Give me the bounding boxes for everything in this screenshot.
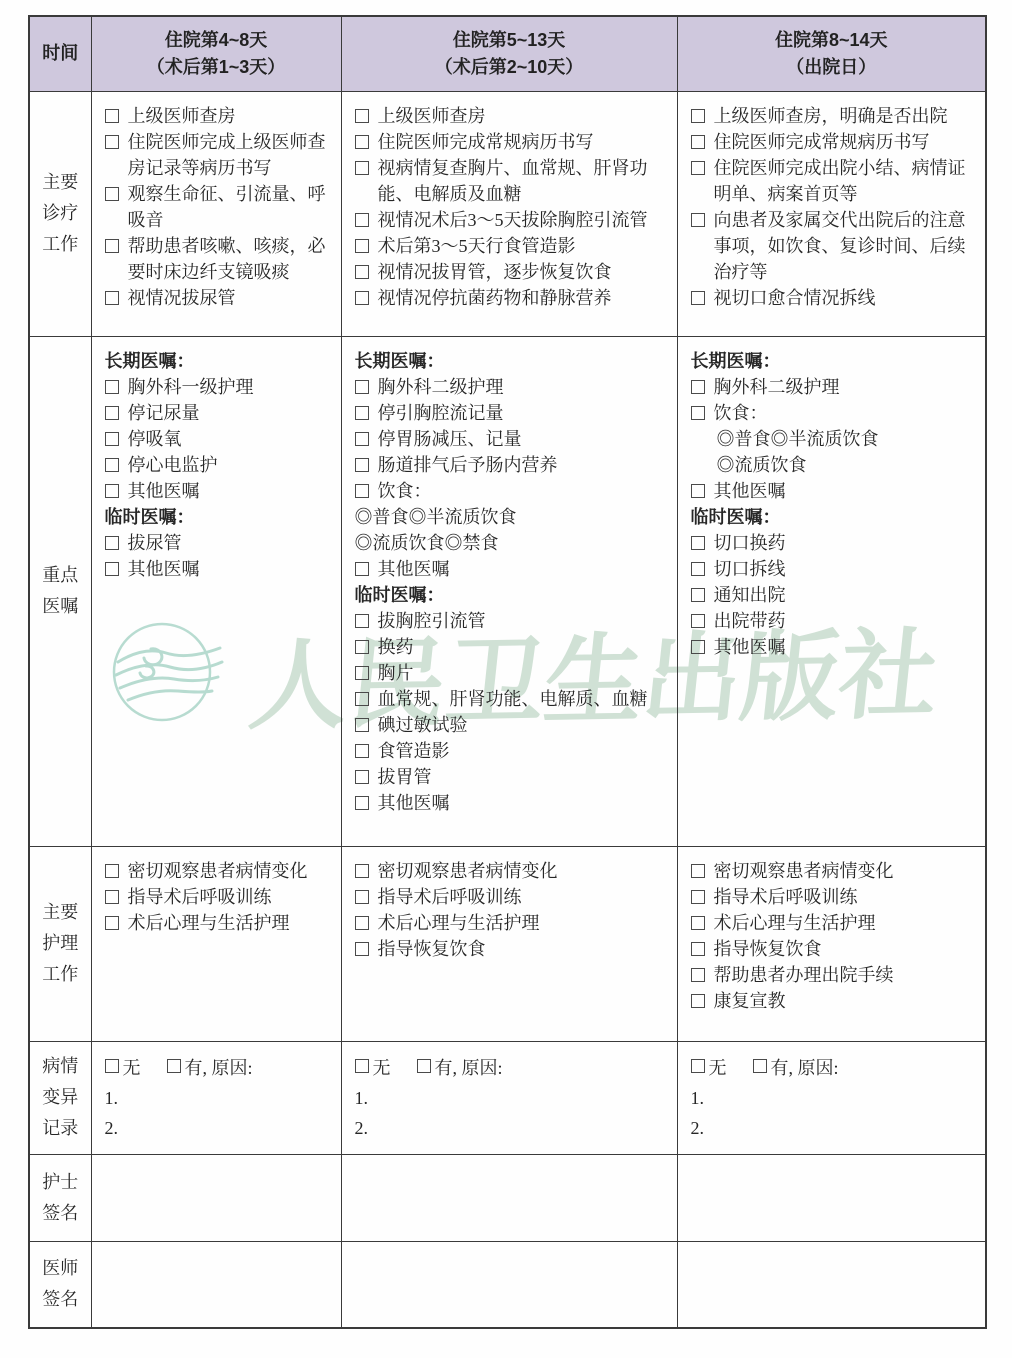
checkbox-icon[interactable] [105, 484, 119, 498]
checkbox-icon[interactable] [691, 994, 705, 1008]
checkbox-item: 拔胸腔引流管 [355, 608, 669, 634]
text-line: 2. [105, 1113, 333, 1143]
item-label: 其他医嘱 [378, 556, 450, 582]
item-label: 指导术后呼吸训练 [714, 884, 858, 910]
checkbox-icon[interactable] [355, 458, 369, 472]
nurse-signature-field-col1[interactable] [91, 1154, 341, 1241]
row-main-nursing: 主要 护理 工作 密切观察患者病情变化指导术后呼吸训练术后心理与生活护理 密切观… [29, 846, 986, 1041]
item-label: 切口换药 [714, 530, 786, 556]
checkbox-icon[interactable] [355, 692, 369, 706]
checkbox-item: 其他医嘱 [355, 556, 669, 582]
checkbox-item: 血常规、肝肾功能、电解质、血糖 [355, 686, 669, 712]
checkbox-item: 视情况术后3～5天拔除胸腔引流管 [355, 207, 669, 233]
doctor-signature-field-col3[interactable] [677, 1241, 986, 1328]
checkbox-item: 密切观察患者病情变化 [105, 858, 333, 884]
checkbox-icon[interactable] [105, 380, 119, 394]
checkbox-item: 住院医师完成常规病历书写 [355, 129, 669, 155]
row-main-treatment: 主要 诊疗 工作 上级医师查房住院医师完成上级医师查房记录等病历书写观察生命征、… [29, 91, 986, 336]
checkbox-item: 食管造影 [355, 738, 669, 764]
checkbox-icon[interactable] [355, 562, 369, 576]
item-label: 指导术后呼吸训练 [128, 884, 272, 910]
row-label-variation-record: 病情 变异 记录 [29, 1041, 91, 1154]
cell-variation-col2: 无有, 原因:1.2. [341, 1041, 677, 1154]
item-label: 其他医嘱 [714, 478, 786, 504]
checkbox-icon[interactable] [105, 562, 119, 576]
checkbox-item: 视情况停抗菌药物和静脉营养 [355, 285, 669, 311]
checkbox-item: 无有, 原因: [691, 1053, 978, 1083]
item-label: 停胃肠减压、记量 [378, 426, 522, 452]
checkbox-item: 指导术后呼吸训练 [355, 884, 669, 910]
item-label: 其他医嘱 [128, 478, 200, 504]
row-label-main-nursing: 主要 护理 工作 [29, 846, 91, 1041]
item-label: 术后第3～5天行食管造影 [378, 233, 576, 259]
checkbox-icon[interactable] [691, 890, 705, 904]
checkbox-icon[interactable] [355, 614, 369, 628]
orders-group-heading: 长期医嘱： [691, 348, 978, 374]
text-line: 2. [691, 1113, 978, 1143]
checkbox-icon[interactable] [691, 640, 705, 654]
checkbox-icon[interactable] [105, 536, 119, 550]
checkbox-item: 康复宣教 [691, 988, 978, 1014]
item-label: 拔胸腔引流管 [378, 608, 486, 634]
checkbox-item: 其他医嘱 [105, 556, 333, 582]
checkbox-icon[interactable] [753, 1059, 767, 1073]
item-label: 肠道排气后予肠内营养 [378, 452, 558, 478]
text-line: ◎流质饮食 [691, 452, 978, 478]
checkbox-item: 上级医师查房 [355, 103, 669, 129]
checkbox-icon[interactable] [691, 380, 705, 394]
checkbox-icon[interactable] [105, 432, 119, 446]
cell-treatment-col1: 上级医师查房住院医师完成上级医师查房记录等病历书写观察生命征、引流量、呼吸音帮助… [91, 91, 341, 336]
cell-treatment-col2: 上级医师查房住院医师完成常规病历书写视病情复查胸片、血常规、肝肾功能、电解质及血… [341, 91, 677, 336]
checkbox-item: 饮食： [355, 478, 669, 504]
item-label: ◎流质饮食◎禁食 [355, 530, 499, 556]
cell-nursing-col2: 密切观察患者病情变化指导术后呼吸训练术后心理与生活护理指导恢复饮食 [341, 846, 677, 1041]
item-label: 停心电监护 [128, 452, 218, 478]
item-label: 观察生命征、引流量、呼吸音 [128, 181, 333, 233]
item-label: 换药 [378, 634, 414, 660]
orders-group-heading: 长期医嘱： [355, 348, 669, 374]
checkbox-icon[interactable] [691, 942, 705, 956]
checkbox-item: 通知出院 [691, 582, 978, 608]
checkbox-item: 指导恢复饮食 [355, 936, 669, 962]
checkbox-icon[interactable] [355, 213, 369, 227]
item-label: 其他医嘱 [128, 556, 200, 582]
checkbox-icon[interactable] [105, 864, 119, 878]
item-label: 长期医嘱： [355, 348, 445, 374]
checkbox-item: 上级医师查房 [105, 103, 333, 129]
cell-variation-col3: 无有, 原因:1.2. [677, 1041, 986, 1154]
item-label: 指导恢复饮食 [714, 936, 822, 962]
row-key-orders: 重点 医嘱 长期医嘱：胸外科一级护理停记尿量停吸氧停心电监护其他医嘱临时医嘱：拔… [29, 336, 986, 846]
item-label: 术后心理与生活护理 [714, 910, 876, 936]
checkbox-icon[interactable] [691, 1059, 705, 1073]
checkbox-icon[interactable] [105, 890, 119, 904]
checkbox-icon[interactable] [691, 536, 705, 550]
item-label: 住院医师完成常规病历书写 [378, 129, 594, 155]
checkbox-icon[interactable] [105, 187, 119, 201]
text-line: 1. [355, 1083, 669, 1113]
item-label: 其他医嘱 [378, 790, 450, 816]
item-label: 有, 原因: [435, 1053, 503, 1083]
table-header-row: 时间 住院第4~8天 （术后第1~3天） 住院第5~13天 （术后第2~10天）… [29, 16, 986, 91]
cell-orders-col2: 长期医嘱：胸外科二级护理停引胸腔流记量停胃肠减压、记量肠道排气后予肠内营养饮食：… [341, 336, 677, 846]
checkbox-item: 切口换药 [691, 530, 978, 556]
item-label: 食管造影 [378, 738, 450, 764]
checkbox-icon[interactable] [691, 484, 705, 498]
item-label: 无 [123, 1053, 141, 1083]
item-label: 上级医师查房，明确是否出院 [714, 103, 948, 129]
item-label: 住院医师完成上级医师查房记录等病历书写 [128, 129, 333, 181]
checkbox-item: 其他医嘱 [691, 478, 978, 504]
item-label: 住院医师完成常规病历书写 [714, 129, 930, 155]
item-label: ◎流质饮食 [717, 452, 807, 478]
checkbox-item: 指导恢复饮食 [691, 936, 978, 962]
item-label: 临时医嘱： [691, 504, 781, 530]
checkbox-item: 停心电监护 [105, 452, 333, 478]
checkbox-item: 帮助患者办理出院手续 [691, 962, 978, 988]
checkbox-item: 住院医师完成出院小结、病情证明单、病案首页等 [691, 155, 978, 207]
item-label: 2. [691, 1113, 705, 1143]
checkbox-item: 其他医嘱 [355, 790, 669, 816]
checkbox-icon[interactable] [355, 432, 369, 446]
checkbox-icon[interactable] [355, 796, 369, 810]
clinical-pathway-page: 人民卫生出版社 时间 住院第4~8天 （术后第1~3天） 住院第5~13天 （术… [0, 0, 1012, 1358]
checkbox-icon[interactable] [691, 588, 705, 602]
item-label: 2. [105, 1113, 119, 1143]
text-line: 1. [691, 1083, 978, 1113]
item-label: 拔尿管 [128, 530, 182, 556]
item-label: 有, 原因: [185, 1053, 253, 1083]
checkbox-icon[interactable] [105, 109, 119, 123]
checkbox-item: 密切观察患者病情变化 [691, 858, 978, 884]
checkbox-icon[interactable] [691, 291, 705, 305]
checkbox-icon[interactable] [355, 239, 369, 253]
checkbox-item: 术后心理与生活护理 [691, 910, 978, 936]
checkbox-item: 停记尿量 [105, 400, 333, 426]
checkbox-icon[interactable] [105, 406, 119, 420]
checkbox-icon[interactable] [355, 864, 369, 878]
checkbox-icon[interactable] [355, 265, 369, 279]
checkbox-item: 胸外科二级护理 [355, 374, 669, 400]
item-label: 术后心理与生活护理 [378, 910, 540, 936]
item-label: 2. [355, 1113, 369, 1143]
item-label: 视情况拔胃管，逐步恢复饮食 [378, 259, 612, 285]
item-label: 碘过敏试验 [378, 712, 468, 738]
item-label: 胸片 [378, 660, 414, 686]
checkbox-item: 帮助患者咳嗽、咳痰，必要时床边纤支镜吸痰 [105, 233, 333, 285]
checkbox-item: 术后心理与生活护理 [355, 910, 669, 936]
cell-treatment-col3: 上级医师查房，明确是否出院住院医师完成常规病历书写住院医师完成出院小结、病情证明… [677, 91, 986, 336]
item-label: 密切观察患者病情变化 [714, 858, 894, 884]
item-label: 1. [105, 1083, 119, 1113]
row-label-key-orders: 重点 医嘱 [29, 336, 91, 846]
checkbox-icon[interactable] [355, 718, 369, 732]
item-label: 视切口愈合情况拆线 [714, 285, 876, 311]
checkbox-icon[interactable] [691, 135, 705, 149]
orders-group-heading: 临时医嘱： [105, 504, 333, 530]
checkbox-icon[interactable] [355, 291, 369, 305]
item-label: 其他医嘱 [714, 634, 786, 660]
checkbox-item: 视病情复查胸片、血常规、肝肾功能、电解质及血糖 [355, 155, 669, 207]
checkbox-item: 住院医师完成常规病历书写 [691, 129, 978, 155]
item-label: 临时医嘱： [105, 504, 195, 530]
checkbox-item: 术后心理与生活护理 [105, 910, 333, 936]
checkbox-item: 停吸氧 [105, 426, 333, 452]
checkbox-icon[interactable] [105, 1059, 119, 1073]
item-label: 帮助患者办理出院手续 [714, 962, 894, 988]
checkbox-item: 无有, 原因: [355, 1053, 669, 1083]
item-label: 长期医嘱： [105, 348, 195, 374]
nurse-signature-field-col2[interactable] [341, 1154, 677, 1241]
checkbox-icon[interactable] [355, 406, 369, 420]
orders-group-heading: 长期医嘱： [105, 348, 333, 374]
item-label: ◎普食◎半流质饮食 [355, 504, 517, 530]
item-label: 指导恢复饮食 [378, 936, 486, 962]
checkbox-item: 切口拆线 [691, 556, 978, 582]
item-label: 1. [691, 1083, 705, 1113]
checkbox-icon[interactable] [355, 942, 369, 956]
header-col-day5-13: 住院第5~13天 （术后第2~10天） [341, 16, 677, 91]
cell-variation-col1: 无有, 原因:1.2. [91, 1041, 341, 1154]
checkbox-item: 饮食： [691, 400, 978, 426]
checkbox-icon[interactable] [691, 864, 705, 878]
item-label: 胸外科二级护理 [378, 374, 504, 400]
checkbox-icon[interactable] [105, 916, 119, 930]
checkbox-item: 拔胃管 [355, 764, 669, 790]
cell-nursing-col1: 密切观察患者病情变化指导术后呼吸训练术后心理与生活护理 [91, 846, 341, 1041]
row-variation-record: 病情 变异 记录 无有, 原因:1.2. 无有, 原因:1.2. 无有, 原因:… [29, 1041, 986, 1154]
checkbox-icon[interactable] [105, 239, 119, 253]
item-label: 康复宣教 [714, 988, 786, 1014]
item-label: 停记尿量 [128, 400, 200, 426]
row-label-doctor-signature: 医师 签名 [29, 1241, 91, 1328]
checkbox-icon[interactable] [691, 614, 705, 628]
item-label: 停引胸腔流记量 [378, 400, 504, 426]
item-label: 上级医师查房 [128, 103, 236, 129]
checkbox-item: 视情况拔尿管 [105, 285, 333, 311]
checkbox-icon[interactable] [691, 213, 705, 227]
checkbox-icon[interactable] [355, 916, 369, 930]
checkbox-icon[interactable] [105, 458, 119, 472]
item-label: 饮食： [378, 478, 432, 504]
item-label: 无 [373, 1053, 391, 1083]
item-label: 拔胃管 [378, 764, 432, 790]
doctor-signature-field-col1[interactable] [91, 1241, 341, 1328]
row-label-nurse-signature: 护士 签名 [29, 1154, 91, 1241]
checkbox-item: 指导术后呼吸训练 [691, 884, 978, 910]
doctor-signature-field-col2[interactable] [341, 1241, 677, 1328]
checkbox-icon[interactable] [355, 380, 369, 394]
checkbox-item: 碘过敏试验 [355, 712, 669, 738]
checkbox-icon[interactable] [167, 1059, 181, 1073]
checkbox-icon[interactable] [355, 161, 369, 175]
checkbox-item: 胸外科一级护理 [105, 374, 333, 400]
checkbox-item: 胸片 [355, 660, 669, 686]
checkbox-item: 其他医嘱 [691, 634, 978, 660]
checkbox-item: 术后第3～5天行食管造影 [355, 233, 669, 259]
checkbox-icon[interactable] [355, 1059, 369, 1073]
checkbox-item: 出院带药 [691, 608, 978, 634]
checkbox-icon[interactable] [417, 1059, 431, 1073]
item-label: 视病情复查胸片、血常规、肝肾功能、电解质及血糖 [378, 155, 669, 207]
item-label: 通知出院 [714, 582, 786, 608]
checkbox-item: 其他医嘱 [105, 478, 333, 504]
item-label: ◎普食◎半流质饮食 [717, 426, 879, 452]
text-line: 2. [355, 1113, 669, 1143]
clinical-pathway-table: 时间 住院第4~8天 （术后第1~3天） 住院第5~13天 （术后第2~10天）… [28, 15, 987, 1329]
item-label: 1. [355, 1083, 369, 1113]
item-label: 指导术后呼吸训练 [378, 884, 522, 910]
checkbox-icon[interactable] [105, 135, 119, 149]
item-label: 无 [709, 1053, 727, 1083]
checkbox-item: 密切观察患者病情变化 [355, 858, 669, 884]
checkbox-item: 停引胸腔流记量 [355, 400, 669, 426]
checkbox-icon[interactable] [691, 916, 705, 930]
checkbox-icon[interactable] [355, 890, 369, 904]
checkbox-icon[interactable] [355, 484, 369, 498]
item-label: 帮助患者咳嗽、咳痰，必要时床边纤支镜吸痰 [128, 233, 333, 285]
checkbox-icon[interactable] [105, 291, 119, 305]
item-label: 饮食： [714, 400, 768, 426]
checkbox-item: 拔尿管 [105, 530, 333, 556]
checkbox-item: 肠道排气后予肠内营养 [355, 452, 669, 478]
item-label: 胸外科二级护理 [714, 374, 840, 400]
text-line: ◎普食◎半流质饮食 [691, 426, 978, 452]
cell-nursing-col3: 密切观察患者病情变化指导术后呼吸训练术后心理与生活护理指导恢复饮食帮助患者办理出… [677, 846, 986, 1041]
item-label: 术后心理与生活护理 [128, 910, 290, 936]
checkbox-item: 视情况拔胃管，逐步恢复饮食 [355, 259, 669, 285]
checkbox-item: 无有, 原因: [105, 1053, 333, 1083]
header-time: 时间 [29, 16, 91, 91]
item-label: 长期医嘱： [691, 348, 781, 374]
checkbox-icon[interactable] [355, 744, 369, 758]
checkbox-item: 向患者及家属交代出院后的注意事项，如饮食、复诊时间、后续治疗等 [691, 207, 978, 285]
item-label: 住院医师完成出院小结、病情证明单、病案首页等 [714, 155, 978, 207]
row-nurse-signature: 护士 签名 [29, 1154, 986, 1241]
checkbox-icon[interactable] [691, 968, 705, 982]
text-line: 1. [105, 1083, 333, 1113]
item-label: 密切观察患者病情变化 [378, 858, 558, 884]
item-label: 密切观察患者病情变化 [128, 858, 308, 884]
checkbox-icon[interactable] [691, 406, 705, 420]
cell-orders-col3: 长期医嘱：胸外科二级护理饮食：◎普食◎半流质饮食◎流质饮食其他医嘱临时医嘱：切口… [677, 336, 986, 846]
item-label: 有, 原因: [771, 1053, 839, 1083]
checkbox-icon[interactable] [355, 640, 369, 654]
checkbox-item: 指导术后呼吸训练 [105, 884, 333, 910]
item-label: 出院带药 [714, 608, 786, 634]
checkbox-icon[interactable] [355, 770, 369, 784]
orders-group-heading: 临时医嘱： [691, 504, 978, 530]
item-label: 停吸氧 [128, 426, 182, 452]
checkbox-item: 观察生命征、引流量、呼吸音 [105, 181, 333, 233]
checkbox-icon[interactable] [355, 666, 369, 680]
checkbox-icon[interactable] [691, 161, 705, 175]
nurse-signature-field-col3[interactable] [677, 1154, 986, 1241]
checkbox-item: 上级医师查房，明确是否出院 [691, 103, 978, 129]
item-label: 切口拆线 [714, 556, 786, 582]
row-doctor-signature: 医师 签名 [29, 1241, 986, 1328]
item-label: 视情况拔尿管 [128, 285, 236, 311]
checkbox-item: 住院医师完成上级医师查房记录等病历书写 [105, 129, 333, 181]
header-col-day4-8: 住院第4~8天 （术后第1~3天） [91, 16, 341, 91]
item-label: 上级医师查房 [378, 103, 486, 129]
checkbox-icon[interactable] [355, 109, 369, 123]
checkbox-icon[interactable] [691, 562, 705, 576]
checkbox-item: 停胃肠减压、记量 [355, 426, 669, 452]
checkbox-item: 换药 [355, 634, 669, 660]
text-line: ◎普食◎半流质饮食 [355, 504, 669, 530]
checkbox-icon[interactable] [691, 109, 705, 123]
item-label: 血常规、肝肾功能、电解质、血糖 [378, 686, 648, 712]
checkbox-item: 视切口愈合情况拆线 [691, 285, 978, 311]
orders-group-heading: 临时医嘱： [355, 582, 669, 608]
item-label: 向患者及家属交代出院后的注意事项，如饮食、复诊时间、后续治疗等 [714, 207, 978, 285]
item-label: 胸外科一级护理 [128, 374, 254, 400]
checkbox-icon[interactable] [355, 135, 369, 149]
checkbox-item: 胸外科二级护理 [691, 374, 978, 400]
cell-orders-col1: 长期医嘱：胸外科一级护理停记尿量停吸氧停心电监护其他医嘱临时医嘱：拔尿管其他医嘱 [91, 336, 341, 846]
text-line: ◎流质饮食◎禁食 [355, 530, 669, 556]
row-label-main-treatment: 主要 诊疗 工作 [29, 91, 91, 336]
item-label: 视情况术后3～5天拔除胸腔引流管 [378, 207, 648, 233]
header-col-day8-14: 住院第8~14天 （出院日） [677, 16, 986, 91]
item-label: 视情况停抗菌药物和静脉营养 [378, 285, 612, 311]
item-label: 临时医嘱： [355, 582, 445, 608]
